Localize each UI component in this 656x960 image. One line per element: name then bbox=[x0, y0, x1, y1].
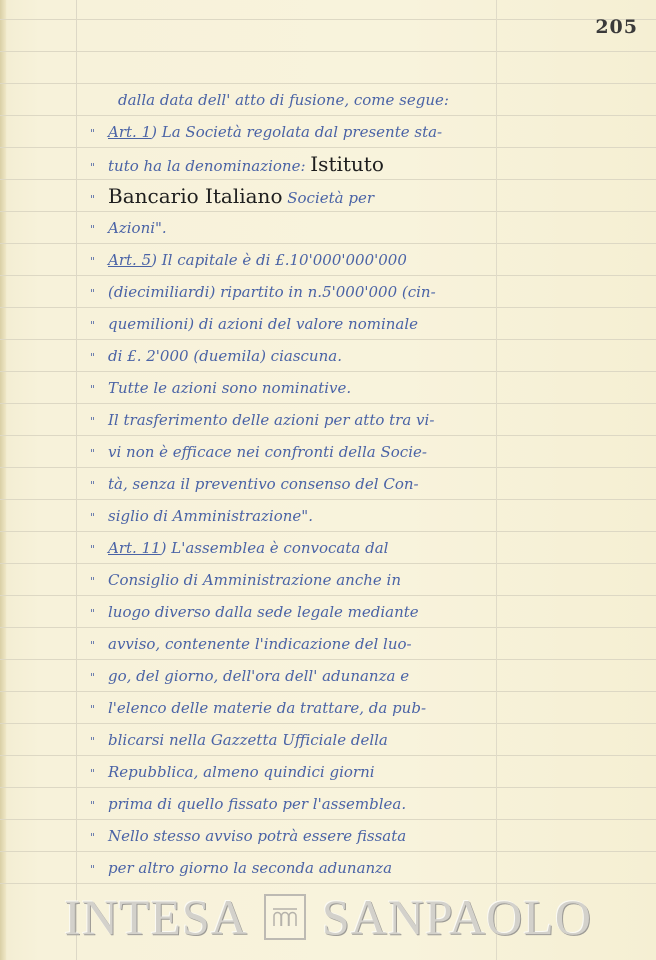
line-text: ) La Società regolata dal presente sta- bbox=[151, 123, 442, 141]
text-line: "avviso, contenente l'indicazione del lu… bbox=[90, 628, 510, 660]
line-text: l'elenco delle materie da trattare, da p… bbox=[108, 699, 426, 717]
line-text: Società per bbox=[282, 189, 374, 207]
line-text: per altro giorno la seconda adunanza bbox=[108, 859, 392, 877]
text-line: dalla data dell' atto di fusione, come s… bbox=[100, 84, 520, 116]
ruled-line bbox=[0, 19, 656, 20]
line-text: vi non è efficace nei confronti della So… bbox=[108, 443, 427, 461]
ditto-mark: " bbox=[90, 694, 108, 726]
text-line: "go, del giorno, dell'ora dell' adunanza… bbox=[90, 660, 510, 692]
text-line: "Nello stesso avviso potrà essere fissat… bbox=[90, 820, 510, 852]
line-text: ) L'assemblea è convocata dal bbox=[161, 539, 389, 557]
institution-name: Bancario Italiano bbox=[108, 184, 282, 208]
text-line: "l'elenco delle materie da trattare, da … bbox=[90, 692, 510, 724]
ditto-mark: " bbox=[90, 502, 108, 534]
text-line: "per altro giorno la seconda adunanza bbox=[90, 852, 510, 884]
ditto-mark: " bbox=[90, 406, 108, 438]
ditto-mark: " bbox=[90, 374, 108, 406]
text-line: "prima di quello fissato per l'assemblea… bbox=[90, 788, 510, 820]
page-number: 205 bbox=[595, 16, 638, 38]
text-line: "tà, senza il preventivo consenso del Co… bbox=[90, 468, 510, 500]
line-text: Azioni". bbox=[108, 219, 167, 237]
watermark-right-text: SANPAOLO bbox=[322, 892, 592, 942]
ditto-mark: " bbox=[90, 822, 108, 854]
line-text: prima di quello fissato per l'assemblea. bbox=[108, 795, 406, 813]
text-line: "Il trasferimento delle azioni per atto … bbox=[90, 404, 510, 436]
ditto-mark: " bbox=[90, 534, 108, 566]
text-line: "di £. 2'000 (duemila) ciascuna. bbox=[90, 340, 510, 372]
line-text: quemilioni) di azioni del valore nominal… bbox=[108, 315, 418, 333]
ditto-mark: " bbox=[90, 790, 108, 822]
line-text: Consiglio di Amministrazione anche in bbox=[108, 571, 401, 589]
ditto-mark: " bbox=[90, 438, 108, 470]
ditto-mark: " bbox=[90, 278, 108, 310]
line-text: ) Il capitale è di £.10'000'000'000 bbox=[151, 251, 407, 269]
text-line: "Consiglio di Amministrazione anche in bbox=[90, 564, 510, 596]
text-line: "Art. 11) L'assemblea è convocata dal bbox=[90, 532, 510, 564]
ditto-mark: " bbox=[90, 214, 108, 246]
binding-edge bbox=[0, 0, 6, 960]
ditto-mark: " bbox=[90, 118, 108, 150]
text-line: "Tutte le azioni sono nominative. bbox=[90, 372, 510, 404]
text-line: "blicarsi nella Gazzetta Ufficiale della bbox=[90, 724, 510, 756]
line-text: (diecimiliardi) ripartito in n.5'000'000… bbox=[108, 283, 436, 301]
text-line: "(diecimiliardi) ripartito in n.5'000'00… bbox=[90, 276, 510, 308]
text-line: "siglio di Amministrazione". bbox=[90, 500, 510, 532]
line-text: Nello stesso avviso potrà essere fissata bbox=[108, 827, 406, 845]
ruled-line bbox=[0, 51, 656, 52]
line-text: tà, senza il preventivo consenso del Con… bbox=[108, 475, 419, 493]
ditto-mark: " bbox=[90, 662, 108, 694]
text-line: "Bancario Italiano Società per bbox=[90, 180, 510, 212]
text-line: "vi non è efficace nei confronti della S… bbox=[90, 436, 510, 468]
watermark: INTESA SANPAOLO bbox=[0, 892, 656, 942]
line-text: luogo diverso dalla sede legale mediante bbox=[108, 603, 419, 621]
ditto-mark: " bbox=[90, 758, 108, 790]
line-text: Tutte le azioni sono nominative. bbox=[108, 379, 351, 397]
ditto-mark: " bbox=[90, 310, 108, 342]
line-text: Il trasferimento delle azioni per atto t… bbox=[108, 411, 434, 429]
text-line: "tuto ha la denominazione: Istituto bbox=[90, 148, 510, 180]
text-line: "luogo diverso dalla sede legale mediant… bbox=[90, 596, 510, 628]
article-reference: Art. 5 bbox=[108, 251, 151, 269]
text-line: "Azioni". bbox=[90, 212, 510, 244]
ditto-mark: " bbox=[90, 598, 108, 630]
line-text: blicarsi nella Gazzetta Ufficiale della bbox=[108, 731, 388, 749]
ditto-mark: " bbox=[90, 566, 108, 598]
text-line: "Art. 1) La Società regolata dal present… bbox=[90, 116, 510, 148]
line-text: go, del giorno, dell'ora dell' adunanza … bbox=[108, 667, 409, 685]
bridge-arches-icon bbox=[264, 894, 306, 940]
left-margin-line bbox=[76, 0, 77, 960]
ditto-mark: " bbox=[90, 342, 108, 374]
ditto-mark: " bbox=[90, 630, 108, 662]
institution-name: Istituto bbox=[310, 152, 384, 176]
text-line: "quemilioni) di azioni del valore nomina… bbox=[90, 308, 510, 340]
ditto-mark: " bbox=[90, 470, 108, 502]
line-text: siglio di Amministrazione". bbox=[108, 507, 313, 525]
line-text: Repubblica, almeno quindici giorni bbox=[108, 763, 375, 781]
ditto-mark: " bbox=[90, 854, 108, 886]
text-line: "Art. 5) Il capitale è di £.10'000'000'0… bbox=[90, 244, 510, 276]
article-reference: Art. 11 bbox=[108, 539, 161, 557]
ledger-page: 205 dalla data dell' atto di fusione, co… bbox=[0, 0, 656, 960]
ditto-mark: " bbox=[90, 726, 108, 758]
ditto-mark: " bbox=[90, 246, 108, 278]
text-line: "Repubblica, almeno quindici giorni bbox=[90, 756, 510, 788]
watermark-left-text: INTESA bbox=[64, 892, 248, 942]
line-text: dalla data dell' atto di fusione, come s… bbox=[118, 91, 449, 109]
line-text: tuto ha la denominazione: bbox=[108, 157, 310, 175]
line-text: avviso, contenente l'indicazione del luo… bbox=[108, 635, 412, 653]
article-reference: Art. 1 bbox=[108, 123, 151, 141]
line-text: di £. 2'000 (duemila) ciascuna. bbox=[108, 347, 342, 365]
